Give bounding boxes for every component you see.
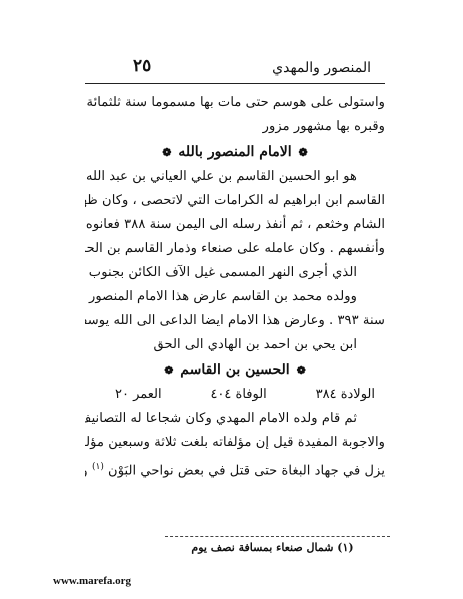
ornament-icon: ❁ <box>297 358 306 384</box>
footnote: (١) شمال صنعاء بمسافة نصف يوم <box>165 541 380 554</box>
page-body: واستولى على هوسم حتى مات بها مسموما سنة … <box>85 91 385 479</box>
text-line: وولده محمد بن القاسم عارض هذا الامام الم… <box>85 285 385 309</box>
page-number: ٢٥ <box>133 56 151 76</box>
footnote-rule <box>165 536 390 537</box>
death-year: الوفاة ٤٠٤ <box>210 383 266 407</box>
text-line: يزل في جهاد البغاة حتى قتل في بعض نواحي … <box>85 455 385 479</box>
life-stats: الولادة ٣٨٤ الوفاة ٤٠٤ العمر ٢٠ <box>85 383 385 407</box>
book-page: المنصور والمهدي ٢٥ واستولى على هوسم حتى … <box>85 48 385 479</box>
text-line: الذي أجرى النهر المسمى غيل الآف الكائن ب… <box>85 261 385 285</box>
text-line: ابن يحي بن احمد بن الهادي الى الحق <box>85 333 385 357</box>
text-line: وقبره بها مشهور مزور <box>85 115 385 139</box>
text-line-part: يزل في جهاد البغاة حتى قتل في بعض نواحي … <box>108 463 385 478</box>
section-heading-husayn: ❁ الحسين بن القاسم ❁ <box>85 357 385 383</box>
age: العمر ٢٠ <box>115 383 162 407</box>
text-line: الشام وخثعم ، ثم أنفذ رسله الى اليمن سنة… <box>85 213 385 237</box>
running-title: المنصور والمهدي <box>272 60 371 76</box>
text-line: هو ابو الحسين القاسم بن علي العياني بن ع… <box>85 165 385 189</box>
text-line-part: وقبره <box>85 463 88 478</box>
text-line: والاجوبة المفيدة قيل إن مؤلفاته بلغت ثلا… <box>85 431 385 455</box>
birth-year: الولادة ٣٨٤ <box>316 383 375 407</box>
text-line: سنة ٣٩٣ . وعارض هذا الامام ايضا الداعى ا… <box>85 309 385 333</box>
text-line: القاسم ابن ابراهيم له الكرامات التي لاتح… <box>85 189 385 213</box>
ornament-icon: ❁ <box>164 358 173 384</box>
running-head: المنصور والمهدي ٢٥ <box>85 48 385 76</box>
text-line: ثم قام ولده الامام المهدي وكان شجاعا له … <box>85 407 385 431</box>
text-line: وأنفسهم . وكان عامله على صنعاء وذمار الق… <box>85 237 385 261</box>
watermark: www.marefa.org <box>53 575 131 587</box>
ornament-icon: ❁ <box>298 140 307 166</box>
header-rule <box>85 83 385 84</box>
section-heading-mansur: ❁ الامام المنصور بالله ❁ <box>85 139 385 165</box>
text-line: واستولى على هوسم حتى مات بها مسموما سنة … <box>85 91 385 115</box>
ornament-icon: ❁ <box>162 140 171 166</box>
heading-text: الحسين بن القاسم <box>180 362 289 378</box>
footnote-marker: (١) <box>92 462 104 472</box>
heading-text: الامام المنصور بالله <box>178 144 291 160</box>
